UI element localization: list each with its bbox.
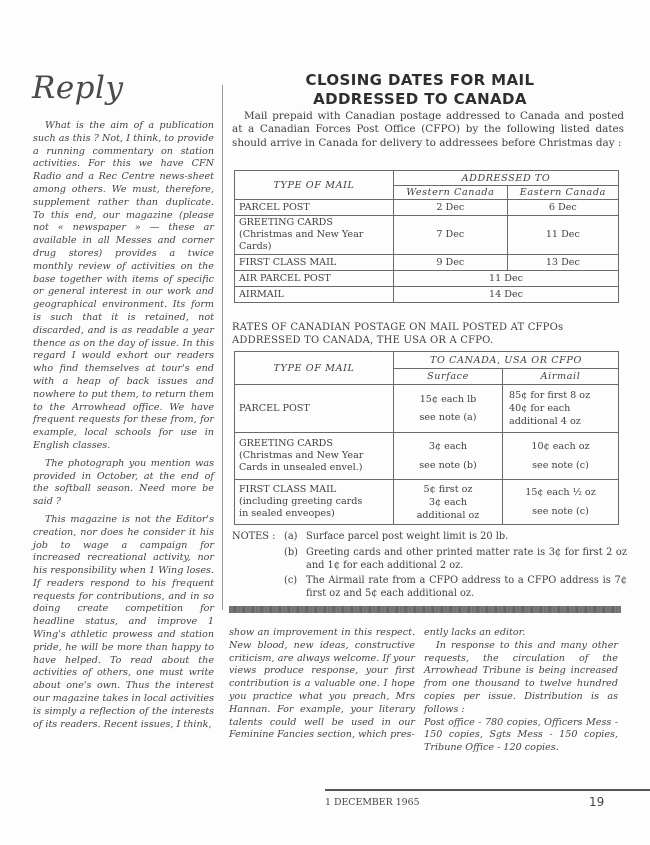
rate-line: see note (c) [507, 459, 614, 472]
rate-line: 15¢ each lb [398, 393, 498, 406]
page-number: 19 [589, 795, 604, 809]
reply-paragraph: What is the aim of a publication such as… [33, 120, 214, 453]
mail-type-line: (including greeting cards [239, 496, 389, 508]
closing-date: 11 Dec [394, 271, 619, 287]
rate-line: see note (a) [398, 411, 498, 424]
table-row: PARCEL POST 2 Dec 6 Dec [235, 200, 619, 216]
mail-type: AIRMAIL [235, 287, 394, 303]
note-key: (b) [284, 547, 306, 573]
note-spacer [232, 575, 284, 601]
mail-type: AIR PARCEL POST [235, 271, 394, 287]
reply-paragraph: In response to this and many other reque… [424, 640, 618, 717]
note-spacer [232, 547, 284, 573]
rate-line: 10¢ each oz [507, 440, 614, 453]
rate-line: 3¢ each [398, 496, 498, 509]
surface-rate: 3¢ each see note (b) [394, 433, 503, 480]
mail-type: GREETING CARDS (Christmas and New Year C… [235, 433, 394, 480]
notes-section: NOTES : (a) Surface parcel post weight l… [232, 531, 627, 604]
note-key: (a) [284, 531, 306, 544]
mail-type-line: GREETING CARDS [239, 217, 389, 229]
mail-type-line: (Christmas and New Year [239, 450, 389, 462]
surface-rate: 5¢ first oz 3¢ each additional oz [394, 480, 503, 525]
reply-column: What is the aim of a publication such as… [33, 120, 214, 736]
header-eastern-canada: Eastern Canada [507, 186, 618, 200]
header-surface: Surface [394, 369, 503, 385]
issue-date: 1 DECEMBER 1965 [325, 797, 420, 808]
rate-line: 15¢ each ½ oz [507, 486, 614, 499]
rates-heading: RATES OF CANADIAN POSTAGE ON MAIL POSTED… [232, 321, 624, 347]
postage-rates-table: TYPE OF MAIL TO CANADA, USA OR CFPO Surf… [234, 351, 619, 525]
notes-label: NOTES : [232, 531, 284, 544]
note-item: (c) The Airmail rate from a CFPO address… [232, 575, 627, 601]
note-text: Greeting cards and other printed matter … [306, 547, 627, 573]
rate-line: additional oz [398, 509, 498, 522]
table-row: FIRST CLASS MAIL 9 Dec 13 Dec [235, 255, 619, 271]
airmail-rate: 10¢ each oz see note (c) [503, 433, 619, 480]
mail-type: PARCEL POST [235, 385, 394, 433]
rate-line: see note (c) [507, 505, 614, 518]
mail-type-line: GREETING CARDS [239, 438, 389, 450]
table-row: AIRMAIL 14 Dec [235, 287, 619, 303]
reply-paragraph: This magazine is not the Editor's creati… [33, 514, 214, 732]
mail-type: PARCEL POST [235, 200, 394, 216]
rate-line: 5¢ first oz [398, 483, 498, 496]
closing-date: 14 Dec [394, 287, 619, 303]
header-to-canada-usa-cfpo: TO CANADA, USA OR CFPO [394, 352, 619, 369]
closing-dates-table: TYPE OF MAIL ADDRESSED TO Western Canada… [234, 170, 619, 303]
western-date: 7 Dec [394, 216, 508, 255]
rate-line: additional 4 oz [509, 415, 614, 428]
airmail-rate: 85¢ for first 8 oz 40¢ for each addition… [503, 385, 619, 433]
eastern-date: 11 Dec [507, 216, 618, 255]
header-addressed-to: ADDRESSED TO [394, 171, 619, 186]
article-title-line-1: CLOSING DATES FOR MAIL [240, 71, 600, 90]
table-row: AIR PARCEL POST 11 Dec [235, 271, 619, 287]
reply-heading: Reply [32, 70, 123, 106]
surface-rate: 15¢ each lb see note (a) [394, 385, 503, 433]
header-airmail: Airmail [503, 369, 619, 385]
table-row: GREETING CARDS (Christmas and New Year C… [235, 216, 619, 255]
reply-paragraph: ently lacks an editor. [424, 627, 618, 640]
mail-type: GREETING CARDS (Christmas and New Year C… [235, 216, 394, 255]
section-divider-bar [229, 606, 621, 613]
table-row: FIRST CLASS MAIL (including greeting car… [235, 480, 619, 525]
article-intro: Mail prepaid with Canadian postage addre… [232, 110, 624, 150]
note-item: (b) Greeting cards and other printed mat… [232, 547, 627, 573]
rate-line: 3¢ each [398, 440, 498, 453]
reply-paragraph: The photograph you mention was provided … [33, 458, 214, 509]
header-type-of-mail: TYPE OF MAIL [235, 171, 394, 200]
header-type-of-mail: TYPE OF MAIL [235, 352, 394, 385]
table-row: PARCEL POST 15¢ each lb see note (a) 85¢… [235, 385, 619, 433]
mail-type-line: FIRST CLASS MAIL [239, 484, 389, 496]
column-divider [222, 85, 223, 610]
mail-type-line: (Christmas and New Year [239, 229, 389, 241]
mail-type: FIRST CLASS MAIL [235, 255, 394, 271]
distribution-list: Post office - 780 copies, Officers Mess … [424, 717, 618, 755]
note-text: Surface parcel post weight limit is 20 l… [306, 531, 627, 544]
rate-line: see note (b) [398, 459, 498, 472]
mail-type: FIRST CLASS MAIL (including greeting car… [235, 480, 394, 525]
reply-continuation-column-3: ently lacks an editor. In response to th… [424, 627, 618, 755]
footer-rule [325, 789, 650, 791]
note-item: NOTES : (a) Surface parcel post weight l… [232, 531, 627, 544]
header-western-canada: Western Canada [394, 186, 508, 200]
western-date: 9 Dec [394, 255, 508, 271]
intro-text: Mail prepaid with Canadian postage addre… [232, 110, 624, 150]
mail-type-line: Cards in unsealed envel.) [239, 462, 389, 474]
mail-type-line: in sealed enveopes) [239, 508, 389, 520]
rate-line: 85¢ for first 8 oz [509, 389, 614, 402]
eastern-date: 6 Dec [507, 200, 618, 216]
mail-type-line: Cards) [239, 241, 389, 253]
article-title-line-2: ADDRESSED TO CANADA [240, 90, 600, 109]
magazine-page: Reply What is the aim of a publication s… [0, 0, 650, 845]
note-key: (c) [284, 575, 306, 601]
table-row: GREETING CARDS (Christmas and New Year C… [235, 433, 619, 480]
note-text: The Airmail rate from a CFPO address to … [306, 575, 627, 601]
article-title: CLOSING DATES FOR MAIL ADDRESSED TO CANA… [240, 71, 600, 109]
airmail-rate: 15¢ each ½ oz see note (c) [503, 480, 619, 525]
eastern-date: 13 Dec [507, 255, 618, 271]
western-date: 2 Dec [394, 200, 508, 216]
rate-line: 40¢ for each [509, 402, 614, 415]
reply-paragraph: show an improvement in this respect. New… [229, 627, 415, 742]
reply-continuation-column-2: show an improvement in this respect. New… [229, 627, 415, 742]
